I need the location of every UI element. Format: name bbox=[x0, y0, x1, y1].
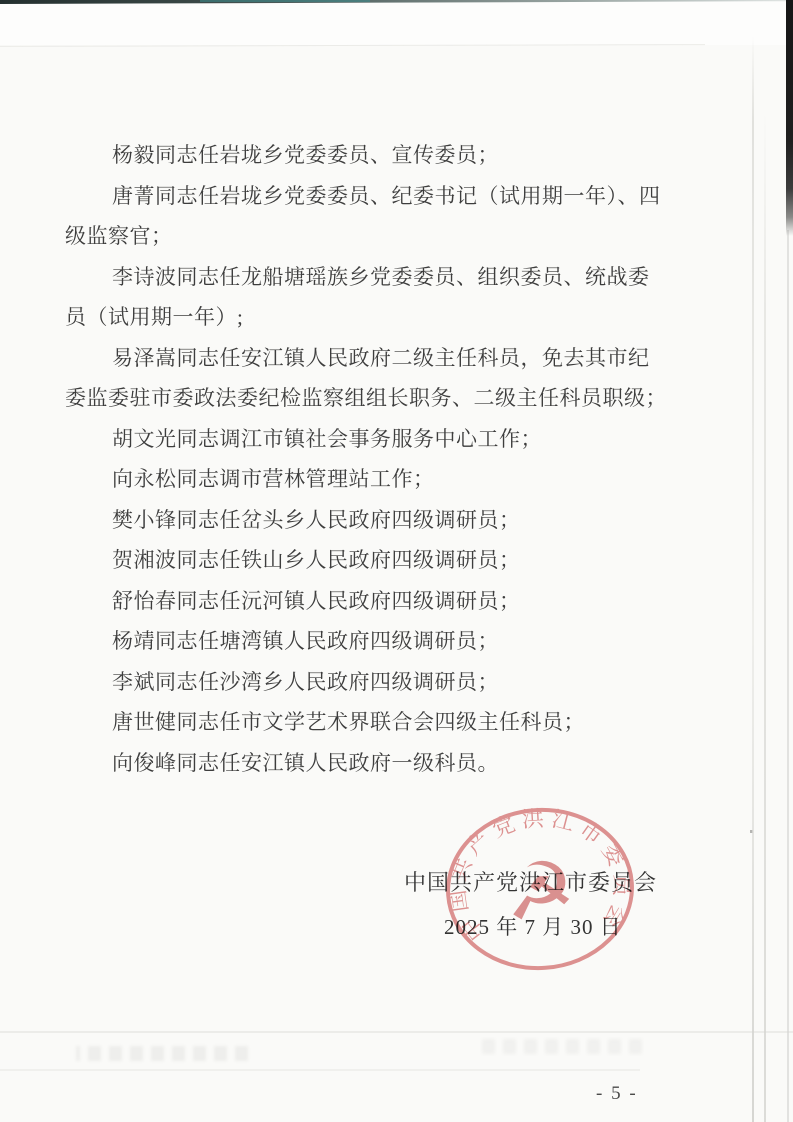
body-line: 贺湘波同志任铁山乡人民政府四级调研员； bbox=[65, 540, 693, 581]
scan-top-teal-tint bbox=[200, 0, 370, 2]
paper-fold-line bbox=[752, 36, 754, 1122]
scan-right-edge-strip bbox=[786, 0, 793, 236]
body-line: 员（试用期一年）; bbox=[65, 297, 693, 338]
document-page: 杨毅同志任岩垅乡党委委员、宣传委员；唐菁同志任岩垅乡党委委员、纪委书记（试用期一… bbox=[0, 0, 793, 1122]
page-number: - 5 - bbox=[596, 1083, 638, 1105]
bleed-through-text bbox=[478, 1039, 642, 1054]
scan-right-edge-line bbox=[787, 230, 789, 1122]
body-line: 委监委驻市委政法委纪检监察组组长职务、二级主任科员职级； bbox=[65, 378, 693, 419]
hammer-sickle-icon: ☭ bbox=[502, 845, 578, 940]
body-line: 级监察官； bbox=[65, 216, 693, 257]
document-body: 杨毅同志任岩垅乡党委委员、宣传委员；唐菁同志任岩垅乡党委委员、纪委书记（试用期一… bbox=[65, 135, 693, 783]
body-line: 向永松同志调市营林管理站工作； bbox=[65, 459, 693, 500]
body-line: 唐世健同志任市文学艺术界联合会四级主任科员； bbox=[65, 702, 693, 743]
body-line: 杨靖同志任塘湾镇人民政府四级调研员； bbox=[65, 621, 693, 662]
body-line: 李斌同志任沙湾乡人民政府四级调研员； bbox=[65, 662, 693, 703]
body-line: 李诗波同志任龙船塘瑶族乡党委委员、组织委员、统战委 bbox=[65, 257, 693, 298]
official-seal: 中国共产党洪江市委员会 ☭ bbox=[438, 800, 641, 979]
scan-streak bbox=[0, 1069, 640, 1071]
paper-fold-line bbox=[764, 110, 766, 1122]
body-line: 杨毅同志任岩垅乡党委委员、宣传委员； bbox=[65, 135, 693, 176]
body-line: 向俊峰同志任安江镇人民政府一级科员。 bbox=[65, 743, 693, 784]
bleed-through-text bbox=[76, 1046, 248, 1061]
body-line: 胡文光同志调江市镇社会事务服务中心工作； bbox=[65, 419, 693, 460]
body-line: 樊小锋同志任岔头乡人民政府四级调研员； bbox=[65, 500, 693, 541]
body-line: 易泽嵩同志任安江镇人民政府二级主任科员，免去其市纪 bbox=[65, 338, 693, 379]
scan-streak bbox=[0, 1031, 793, 1033]
body-line: 唐菁同志任岩垅乡党委委员、纪委书记（试用期一年）、四 bbox=[65, 176, 693, 217]
scan-background-strip bbox=[0, 0, 793, 45]
body-line: 舒怡春同志任沅河镇人民政府四级调研员； bbox=[65, 581, 693, 622]
